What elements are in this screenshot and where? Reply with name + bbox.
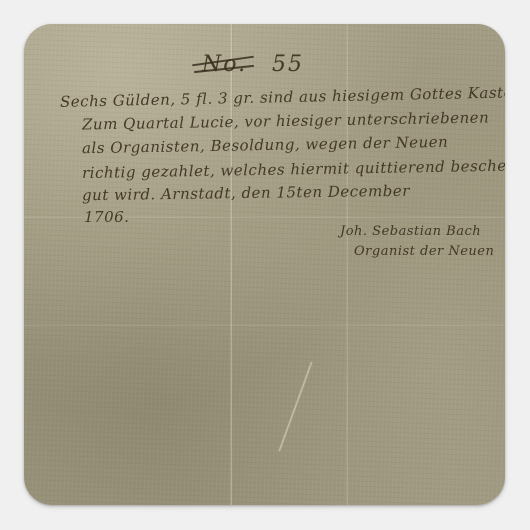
manuscript-line: als Organisten, Besoldung, wegen der Neu… [82, 133, 448, 157]
manuscript-line: Zum Quartal Lucie, vor hiesiger untersch… [82, 108, 490, 133]
manuscript-line: 1706. [84, 208, 129, 226]
paper-crease [278, 361, 313, 451]
document-number: 55 [272, 52, 304, 77]
signature-name: Joh. Sebastian Bach [340, 224, 481, 239]
image-canvas: No. 55 Sechs Gülden, 5 fl. 3 gr. sind au… [0, 0, 530, 530]
square-sticker: No. 55 Sechs Gülden, 5 fl. 3 gr. sind au… [24, 24, 505, 505]
paper-fold-horizontal [24, 324, 505, 327]
crossed-out-label: No. [202, 52, 247, 77]
manuscript-line: richtig gezahlet, welches hiermit quitti… [82, 156, 505, 182]
signature-title: Organist der Neuen [354, 244, 494, 259]
manuscript-line: Sechs Gülden, 5 fl. 3 gr. sind aus hiesi… [60, 83, 505, 111]
manuscript-line: gut wird. Arnstadt, den 15ten December [82, 182, 410, 205]
